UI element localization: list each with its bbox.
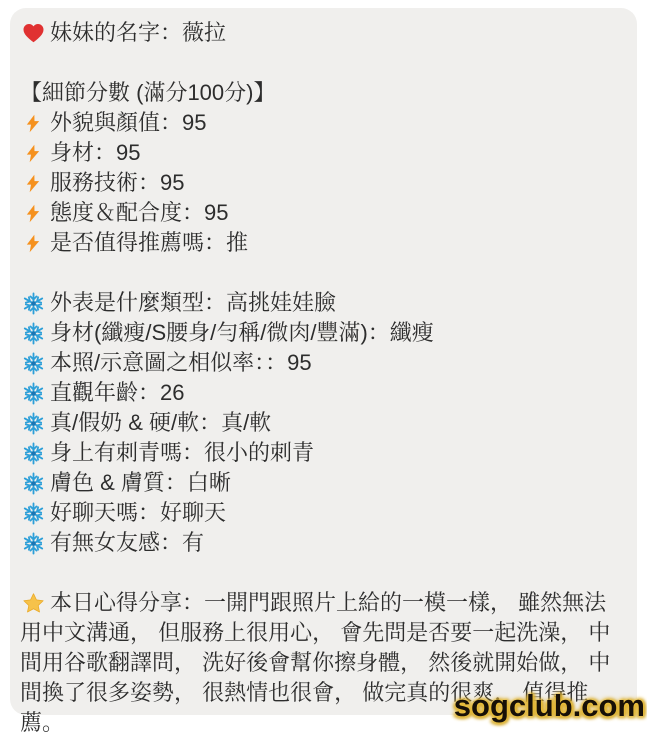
score-line: 是否值得推薦嗎：推 xyxy=(20,228,627,258)
name-line: 妹妹的名字：薇拉 xyxy=(20,18,627,48)
snowflake-icon xyxy=(20,321,46,347)
score-text: 是否值得推薦嗎：推 xyxy=(50,230,248,255)
score-line: 態度＆配合度：95 xyxy=(20,198,627,228)
detail-line: 外表是什麼類型：高挑娃娃臉 xyxy=(20,288,627,318)
detail-text: 身上有刺青嗎：很小的刺青 xyxy=(50,440,314,465)
detail-line: 直觀年齡：26 xyxy=(20,378,627,408)
detail-line: 身材(纖瘦/S腰身/勻稱/微肉/豐滿)：纖瘦 xyxy=(20,318,627,348)
lightning-icon xyxy=(20,231,46,257)
snowflake-icon xyxy=(20,291,46,317)
detail-line: 有無女友感：有 xyxy=(20,528,627,558)
detail-text: 真/假奶 & 硬/軟：真/軟 xyxy=(50,410,271,435)
lightning-icon xyxy=(20,171,46,197)
snowflake-icon xyxy=(20,381,46,407)
score-line: 身材：95 xyxy=(20,138,627,168)
scores-heading: 【細節分數 (滿分100分)】 xyxy=(20,78,627,108)
blank-line xyxy=(20,258,627,288)
score-text: 態度＆配合度：95 xyxy=(50,200,228,225)
detail-text: 膚色 & 膚質：白晰 xyxy=(50,470,231,495)
detail-text: 外表是什麼類型：高挑娃娃臉 xyxy=(50,290,336,315)
name-text: 妹妹的名字：薇拉 xyxy=(50,20,226,45)
detail-text: 好聊天嗎：好聊天 xyxy=(50,500,226,525)
score-text: 服務技術：95 xyxy=(50,170,184,195)
post-card: 妹妹的名字：薇拉 【細節分數 (滿分100分)】 外貌與顏值：95 身材：95 … xyxy=(10,8,637,715)
snowflake-icon xyxy=(20,351,46,377)
detail-text: 身材(纖瘦/S腰身/勻稱/微肉/豐滿)：纖瘦 xyxy=(50,320,434,345)
score-text: 身材：95 xyxy=(50,140,140,165)
detail-line: 好聊天嗎：好聊天 xyxy=(20,498,627,528)
detail-line: 本照/示意圖之相似率：：95 xyxy=(20,348,627,378)
lightning-icon xyxy=(20,141,46,167)
detail-line: 身上有刺青嗎：很小的刺青 xyxy=(20,438,627,468)
lightning-icon xyxy=(20,111,46,137)
watermark: sogclub.com xyxy=(454,688,645,724)
detail-text: 有無女友感：有 xyxy=(50,530,204,555)
snowflake-icon xyxy=(20,501,46,527)
heart-icon xyxy=(20,20,46,46)
snowflake-icon xyxy=(20,531,46,557)
detail-text: 本照/示意圖之相似率：：95 xyxy=(50,350,312,375)
snowflake-icon xyxy=(20,471,46,497)
lightning-icon xyxy=(20,201,46,227)
blank-line xyxy=(20,48,627,78)
detail-line: 膚色 & 膚質：白晰 xyxy=(20,468,627,498)
score-text: 外貌與顏值：95 xyxy=(50,110,206,135)
score-line: 服務技術：95 xyxy=(20,168,627,198)
score-line: 外貌與顏值：95 xyxy=(20,108,627,138)
detail-text: 直觀年齡：26 xyxy=(50,380,184,405)
detail-line: 真/假奶 & 硬/軟：真/軟 xyxy=(20,408,627,438)
snowflake-icon xyxy=(20,441,46,467)
snowflake-icon xyxy=(20,411,46,437)
star-icon xyxy=(20,591,46,617)
blank-line xyxy=(20,558,627,588)
